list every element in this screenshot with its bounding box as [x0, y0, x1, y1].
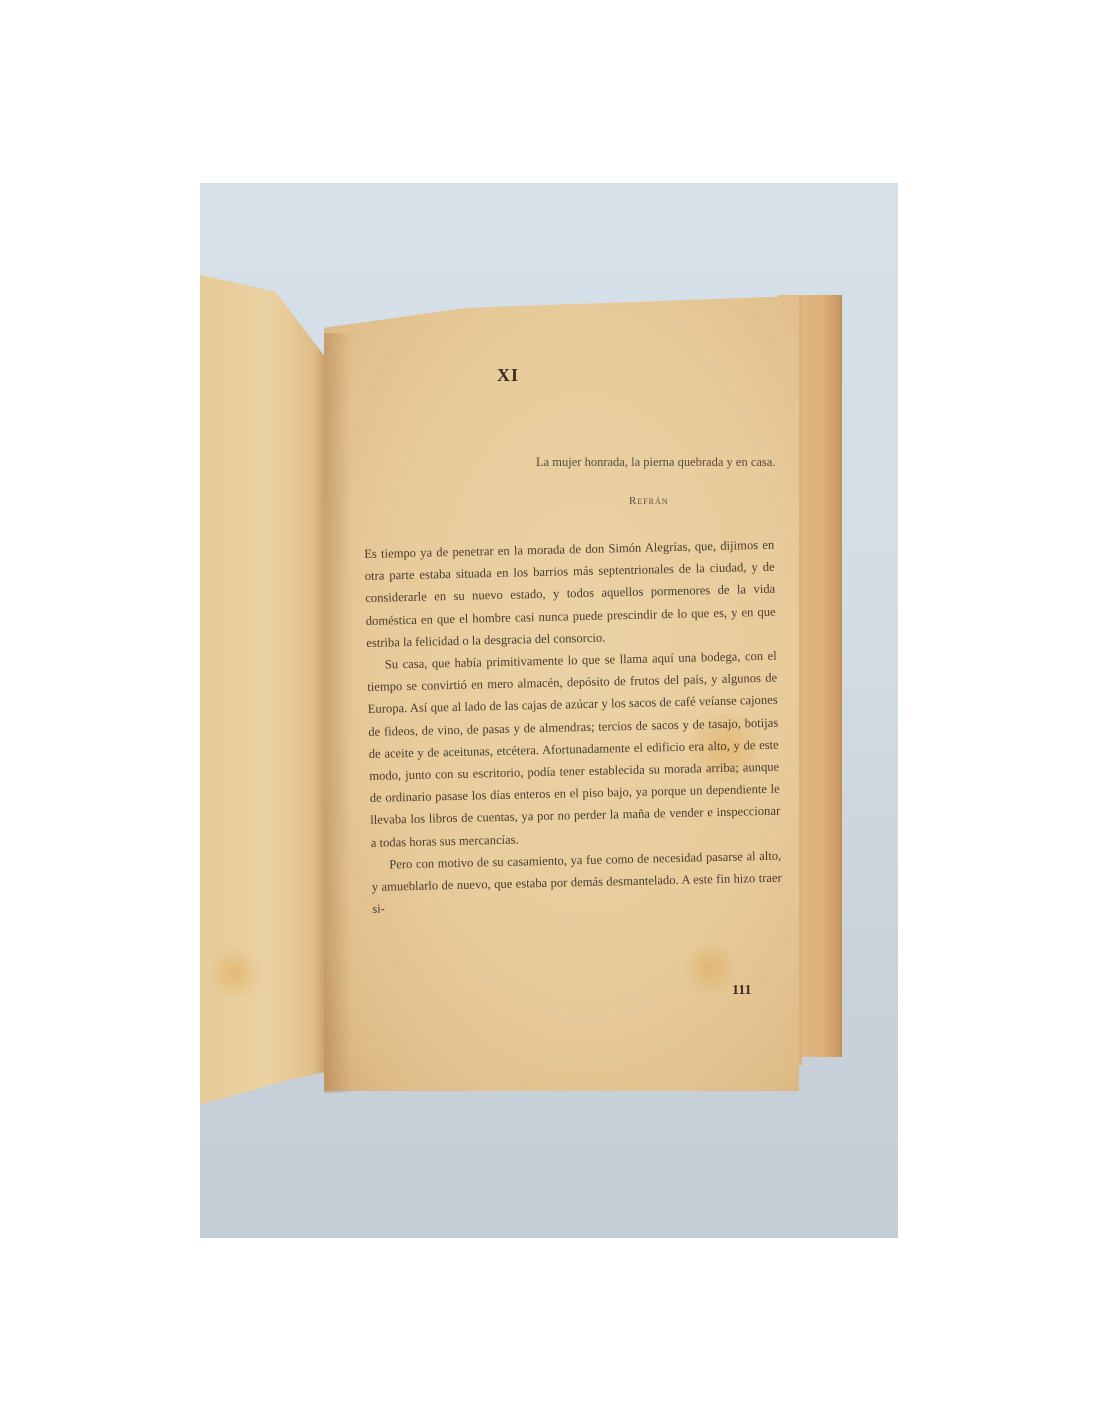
paragraph: Su casa, que había primitivamente lo que…	[367, 645, 781, 854]
epigraph-text: La mujer honrada, la pierna quebrada y e…	[536, 455, 776, 469]
epigraph-source: Refrán	[629, 495, 669, 507]
book-gutter-shadow	[324, 333, 352, 1093]
paragraph: Pero con motivo de su casamiento, ya fue…	[371, 844, 782, 920]
chapter-heading: XI	[497, 365, 519, 386]
book-photo: XI La mujer honrada, la pierna quebrada …	[200, 183, 898, 1238]
paragraph: Es tiempo ya de penetrar en la morada de…	[364, 534, 776, 654]
page-edge-stack	[796, 295, 842, 1057]
page-number: 111	[732, 983, 751, 999]
water-stain	[680, 943, 740, 993]
water-stain	[210, 943, 260, 1003]
body-text: Es tiempo ya de penetrar en la morada de…	[364, 534, 782, 921]
